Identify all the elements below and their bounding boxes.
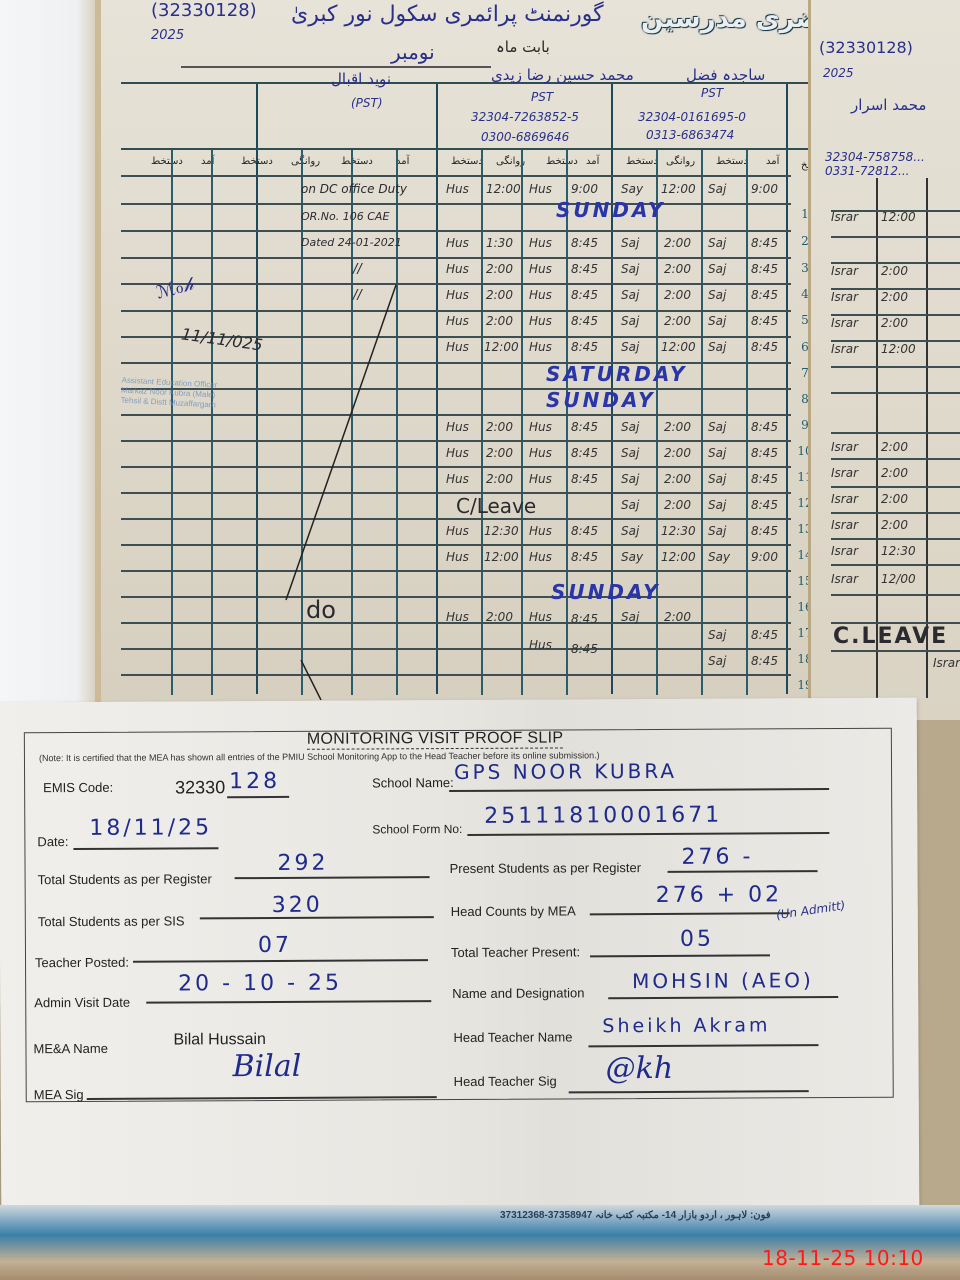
teacher-posted-label: Teacher Posted: (35, 955, 129, 970)
school-name-label: School Name: (372, 775, 454, 790)
present-students-register-label: Present Students as per Register (450, 860, 642, 876)
teacher-3-designation: (PST) (351, 96, 383, 110)
aeo-signature: ℳℴ𝒽 (154, 273, 196, 303)
aeo-signature-date: 11/11/025 (180, 324, 264, 354)
col-header-departure: روانگی (666, 156, 695, 167)
head-teacher-sig-label: Head Teacher Sig (454, 1073, 557, 1089)
name-designation-label: Name and Designation (452, 985, 584, 1001)
teacher-4-phone: 0331-72812... (825, 164, 910, 178)
emis-code-header: (32330128) (151, 0, 257, 21)
head-counts-mea-value: 276 + 02 (656, 882, 783, 908)
duty-note-line-1: on DC office Duty (301, 182, 407, 196)
casual-leave-hussain: C/Leave (456, 494, 536, 518)
year-label: 2025 (151, 28, 184, 43)
month-label: بابت ماہ (496, 38, 550, 56)
col-header-signature-6: دستخط (241, 156, 273, 167)
mea-name-value: Bilal Hussain (173, 1031, 266, 1049)
duty-note-line-3: Dated 24-01-2021 (301, 236, 402, 249)
teacher-4-name: محمد اسرار (851, 96, 926, 114)
total-teacher-present-label: Total Teacher Present: (451, 944, 580, 960)
col-header-arrival: آمد (766, 156, 779, 167)
col-header-signature: دستخط (716, 156, 748, 167)
head-teacher-name-label: Head Teacher Name (453, 1029, 572, 1045)
ditto-mark-1: // (353, 262, 362, 277)
teacher-2-designation: PST (531, 90, 553, 104)
teacher-posted-value: 07 (258, 933, 292, 958)
cancel-diagonal-line (281, 280, 401, 700)
teacher-1-name: ساجدہ فضل (686, 66, 765, 84)
next-page-emis-code: (32330128) (819, 38, 913, 57)
next-page-year: 2025 (823, 66, 854, 80)
col-header-signature-2: دستخط (626, 156, 658, 167)
day-label-sunday-1: SUNDAY (556, 198, 666, 222)
emis-code-printed: 32330 (175, 777, 225, 798)
slip-title: MONITORING VISIT PROOF SLIP (307, 729, 564, 749)
teacher-2-cnic: 32304-7263852-5 (471, 110, 579, 124)
day-label-sunday-3: SUNDAY (551, 580, 661, 604)
background-paper (0, 0, 110, 720)
mea-name-label: ME&A Name (33, 1041, 107, 1056)
monitoring-visit-slip: MONITORING VISIT PROOF SLIP (Note: It is… (0, 698, 919, 1213)
school-form-no-value: 25111810001671 (484, 803, 722, 829)
col-header-signature-7: دستخط (151, 156, 183, 167)
head-counts-mea-label: Head Counts by MEA (451, 903, 576, 919)
publisher-imprint: 37312368-37358947 فون: لاہور ، اردو بازا… (500, 1210, 771, 1221)
teacher-2-name: محمد حسین رضا زیدی (491, 66, 634, 84)
casual-leave-israr: C.LEAVE (833, 624, 948, 649)
admin-visit-date-label: Admin Visit Date (34, 995, 130, 1011)
emis-code-value: 128 (229, 769, 280, 794)
col-header-departure-3: روانگی (291, 156, 320, 167)
camera-timestamp: 18-11-25 10:10 (762, 1246, 924, 1270)
head-teacher-signature: @kh (606, 1051, 674, 1086)
date-value: 18/11/25 (89, 815, 212, 841)
col-header-signature-5: دستخط (341, 156, 373, 167)
admin-visit-date-value: 20 - 10 - 25 (178, 971, 342, 997)
head-teacher-name-value: Sheikh Akram (602, 1014, 770, 1037)
duty-note-line-2: OR.No. 106 CAE (301, 210, 389, 223)
present-students-register-value: 276 - (681, 844, 753, 869)
total-students-register-value: 292 (277, 851, 328, 876)
col-header-arrival-2: آمد (586, 156, 599, 167)
date-label: Date: (37, 834, 68, 849)
total-students-sis-label: Total Students as per SIS (38, 913, 185, 929)
aeo-stamp: Assistant Education Officer Markaz Noor … (120, 376, 217, 411)
school-name-urdu: گورنمنٹ پرائمری سکول نور کبریٰ (291, 2, 604, 27)
teacher-3-name: نوید اقبال (331, 70, 391, 88)
total-students-register-label: Total Students as per Register (38, 871, 212, 887)
school-form-no-label: School Form No: (372, 822, 462, 836)
teacher-1-phone: 0313-6863474 (646, 128, 734, 142)
name-designation-value: MOHSIN (AEO) (632, 968, 814, 993)
col-header-signature-4: دستخط (451, 156, 483, 167)
col-header-arrival-3: آمد (396, 156, 409, 167)
total-students-sis-value: 320 (272, 893, 323, 918)
school-name-value: GPS NOOR KUBRA (454, 759, 677, 784)
mea-signature: Bilal (232, 1049, 301, 1084)
teacher-1-cnic: 32304-0161695-0 (638, 110, 746, 124)
mea-sig-label: MEA Sig (34, 1087, 84, 1102)
emis-code-label: EMIS Code: (43, 780, 113, 795)
day-label-sunday-2: SUNDAY (546, 388, 656, 412)
register-next-page: (32330128) 2025 محمد اسرار 32304-758758.… (808, 0, 960, 720)
teacher-2-phone: 0300-6869646 (481, 130, 569, 144)
day-label-saturday: SATURDAY (546, 362, 688, 386)
teacher-1-designation: PST (701, 86, 723, 100)
month-value: نومبر (391, 40, 435, 64)
attendance-register-page: (32330128) 2025 گورنمنٹ پرائمری سکول نور… (95, 0, 820, 720)
teacher-4-cnic: 32304-758758... (825, 150, 925, 164)
col-header-signature-3: دستخط (546, 156, 578, 167)
do-mark: do (306, 596, 336, 624)
total-teacher-present-value: 05 (680, 927, 714, 952)
